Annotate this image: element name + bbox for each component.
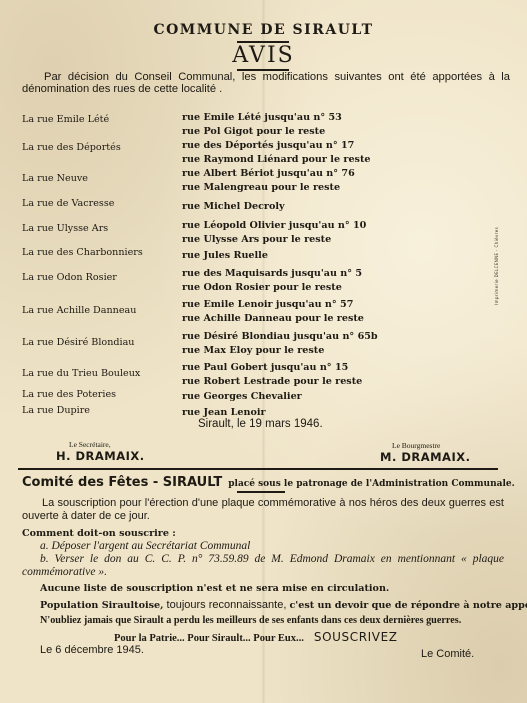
population-bold: Population Siraultoise, <box>40 600 163 611</box>
new-name-1: rue Albert Bériot jusqu'au n° 76 <box>182 167 355 181</box>
avis-dateline: Sirault, le 19 mars 1946. <box>198 418 323 430</box>
subscription-paragraph: La souscription pour l'érection d'une pl… <box>22 497 504 523</box>
new-name-2: rue Robert Lestrade pour le reste <box>182 375 362 389</box>
old-street-name: La rue Achille Danneau <box>22 305 136 316</box>
new-street-names: rue Léopold Olivier jusqu'au n° 10rue Ul… <box>182 219 366 247</box>
old-street-name: La rue Odon Rosier <box>22 272 117 283</box>
mayor-label: Le Bourgmestre <box>392 441 440 450</box>
old-street-name: La rue Dupire <box>22 405 90 416</box>
old-street-name: La rue du Trieu Bouleux <box>22 368 140 379</box>
option-b: b. Verser le don au C. C. P. n° 73.59.89… <box>22 553 504 579</box>
new-street-names: rue Michel Decroly <box>182 200 285 214</box>
new-street-names: rue Jules Ruelle <box>182 249 268 263</box>
secretary-label: Le Secrétaire, <box>69 440 111 449</box>
comite-rule <box>237 491 285 493</box>
comite-subtitle: placé sous le patronage de l'Administrat… <box>228 479 515 489</box>
new-name-1: rue Désiré Blondiau jusqu'au n° 65b <box>182 330 378 344</box>
new-street-names: rue des Déportés jusqu'au n° 17rue Raymo… <box>182 139 370 167</box>
motto: Pour la Patrie... Pour Sirault... Pour E… <box>114 633 304 644</box>
new-name-2: rue Achille Danneau pour le reste <box>182 312 364 326</box>
new-street-names: rue Georges Chevalier <box>182 390 302 404</box>
population-mid: toujours reconnaissante, <box>163 599 289 611</box>
old-street-name: La rue Désiré Blondiau <box>22 337 135 348</box>
new-name-1: rue des Déportés jusqu'au n° 17 <box>182 139 370 153</box>
how-to-subscribe-heading: Comment doit-on souscrire : <box>22 527 504 540</box>
comite-date: Le 6 décembre 1945. <box>40 644 144 656</box>
old-street-name: La rue de Vacresse <box>22 198 114 209</box>
section-divider <box>18 468 498 470</box>
new-name-2: rue Odon Rosier pour le reste <box>182 281 362 295</box>
new-name-1: rue des Maquisards jusqu'au n° 5 <box>182 267 362 281</box>
motto-line: Pour la Patrie... Pour Sirault... Pour E… <box>114 628 398 646</box>
new-street-names: rue Désiré Blondiau jusqu'au n° 65brue M… <box>182 330 378 358</box>
new-name-1: rue Paul Gobert jusqu'au n° 15 <box>182 361 362 375</box>
old-street-name: La rue Emile Lété <box>22 114 109 125</box>
old-street-name: La rue des Charbonniers <box>22 247 143 258</box>
poster: COMMUNE DE SIRAULT AVIS Par décision du … <box>0 0 527 703</box>
new-street-names: rue Paul Gobert jusqu'au n° 15rue Robert… <box>182 361 362 389</box>
mayor-name: M. DRAMAIX. <box>380 450 470 464</box>
new-name-1: rue Léopold Olivier jusqu'au n° 10 <box>182 219 366 233</box>
option-a: a. Déposer l'argent au Secrétariat Commu… <box>40 540 500 553</box>
new-name-1: rue Michel Decroly <box>182 200 285 214</box>
new-name-1: rue Emile Lenoir jusqu'au n° 57 <box>182 298 364 312</box>
secretary-name: H. DRAMAIX. <box>56 449 145 463</box>
new-name-2: rue Malengreau pour le reste <box>182 181 355 195</box>
new-street-names: rue Emile Lenoir jusqu'au n° 57rue Achil… <box>182 298 364 326</box>
old-street-name: La rue des Poteries <box>22 389 116 400</box>
printer-mark: Imprimerie DELCENNE · Chièvres <box>494 235 499 305</box>
no-list-notice: Aucune liste de souscription n'est et ne… <box>40 582 522 595</box>
comite-signature: Le Comité. <box>421 648 474 660</box>
old-street-name: La rue des Déportés <box>22 142 121 153</box>
new-name-2: rue Max Eloy pour le reste <box>182 344 378 358</box>
comite-title: Comité des Fêtes - SIRAULT <box>22 475 222 490</box>
never-forget-line: N'oubliez jamais que Sirault a perdu les… <box>40 614 510 627</box>
motto-cta: SOUSCRIVEZ <box>314 630 398 644</box>
new-name-2: rue Raymond Liénard pour le reste <box>182 153 370 167</box>
old-street-name: La rue Ulysse Ars <box>22 223 108 234</box>
new-name-1: rue Emile Lété jusqu'au n° 53 <box>182 111 342 125</box>
old-street-name: La rue Neuve <box>22 173 88 184</box>
population-appeal: Population Siraultoise, toujours reconna… <box>40 599 510 612</box>
population-end: c'est un devoir que de répondre à notre … <box>289 600 527 611</box>
new-name-2: rue Pol Gigot pour le reste <box>182 125 342 139</box>
comite-heading: Comité des Fêtes - SIRAULTplacé sous le … <box>22 473 515 491</box>
commune-heading: COMMUNE DE SIRAULT <box>0 22 527 38</box>
new-street-names: rue Albert Bériot jusqu'au n° 76rue Male… <box>182 167 355 195</box>
intro-paragraph: Par décision du Conseil Communal, les mo… <box>22 71 510 95</box>
new-name-1: rue Georges Chevalier <box>182 390 302 404</box>
new-street-names: rue des Maquisards jusqu'au n° 5rue Odon… <box>182 267 362 295</box>
intro-text: Par décision du Conseil Communal, les mo… <box>22 71 510 95</box>
new-name-1: rue Jules Ruelle <box>182 249 268 263</box>
avis-title: AVIS <box>0 44 527 68</box>
new-street-names: rue Emile Lété jusqu'au n° 53rue Pol Gig… <box>182 111 342 139</box>
new-name-2: rue Ulysse Ars pour le reste <box>182 233 366 247</box>
